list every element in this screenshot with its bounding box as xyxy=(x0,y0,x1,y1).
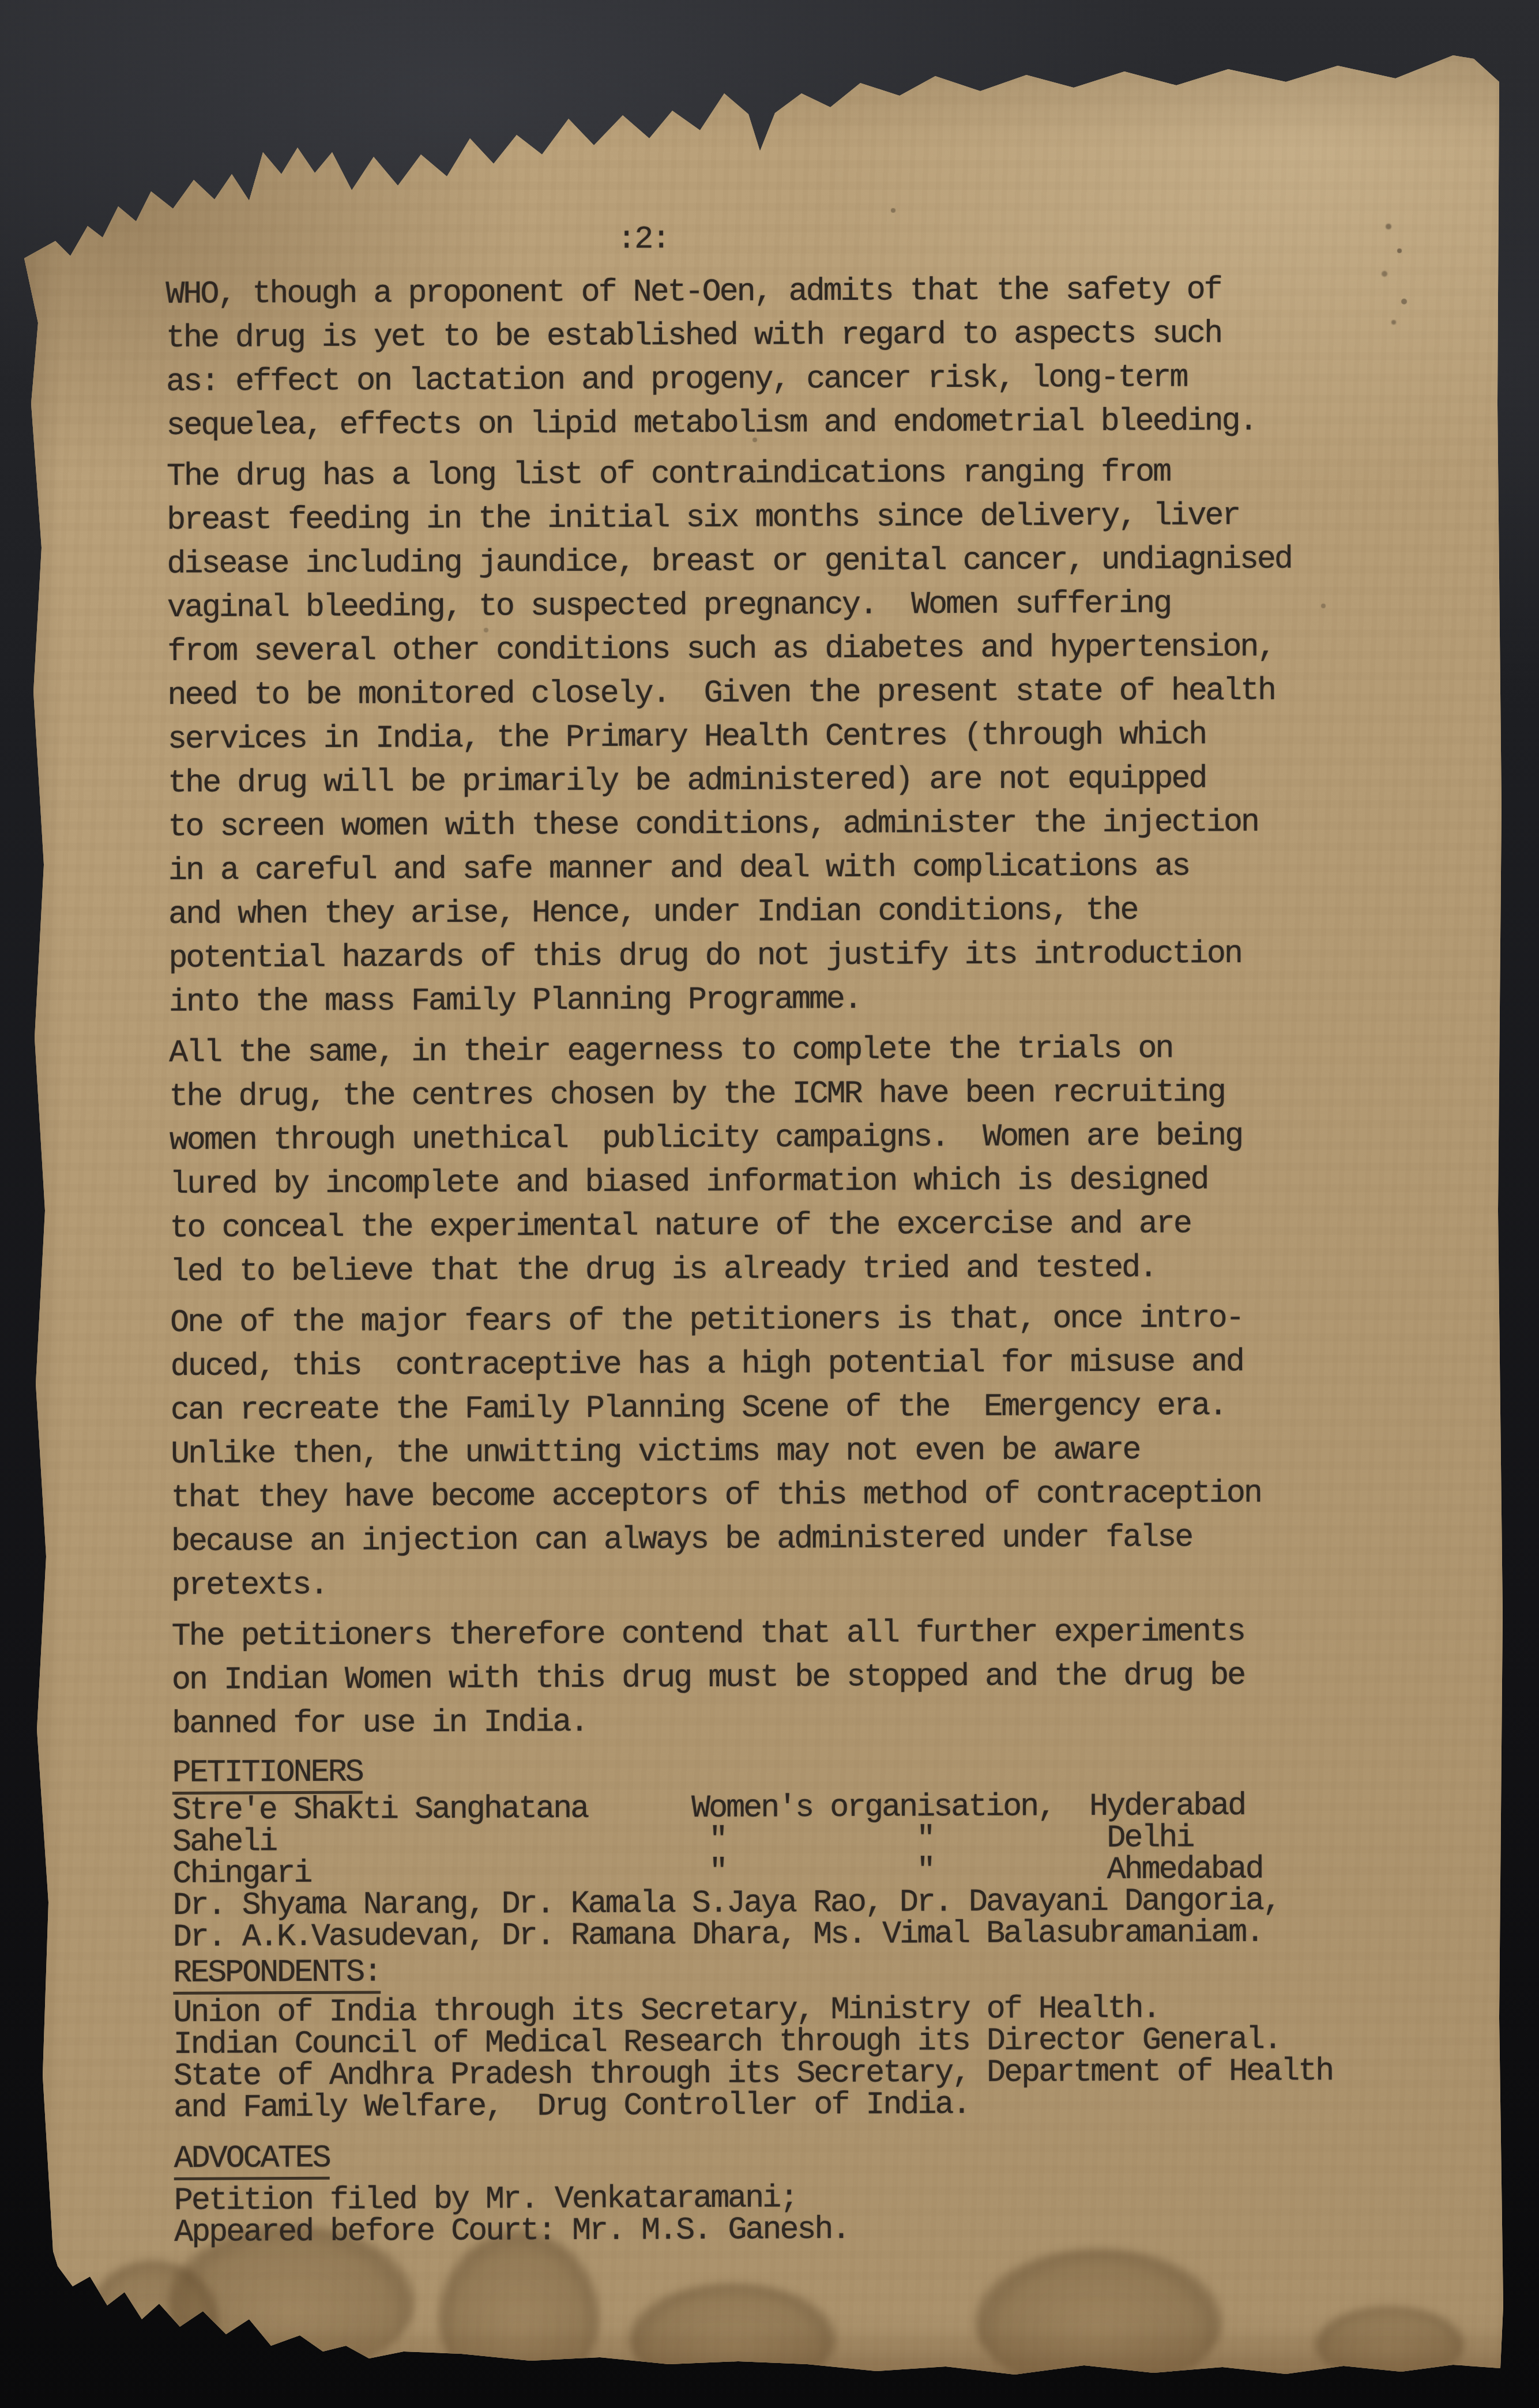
ink-speckles xyxy=(0,0,3,3)
paragraph-unethical-recruiting: All the same, in their eagerness to comp… xyxy=(169,1026,1473,1294)
petitioner-individuals-line: Dr. A.K.Vasudevan, Dr. Ramana Dhara, Ms.… xyxy=(173,1916,1476,1953)
water-stain xyxy=(438,2231,600,2398)
page-number: :2: xyxy=(165,216,1469,261)
advocates-section: ADVOCATES xyxy=(174,2135,1477,2180)
paragraph-misuse-fears: One of the major fears of the petitioner… xyxy=(170,1295,1474,1608)
respondents-heading: RESPONDENTS: xyxy=(173,1954,381,1995)
scorched-bottom-edge xyxy=(0,2323,1539,2408)
petitioners-heading: PETITIONERS xyxy=(172,1755,363,1795)
scan-background: :2: WHO, though a proponent of Net-Oen, … xyxy=(0,0,1539,2408)
water-stain xyxy=(86,2260,219,2375)
typewritten-text: :2: WHO, though a proponent of Net-Oen, … xyxy=(164,0,1477,2248)
petitioners-section: PETITIONERS xyxy=(172,1750,1476,1795)
paragraph-contraindications: The drug has a long list of contraindica… xyxy=(167,449,1472,1024)
advocates-heading: ADVOCATES xyxy=(174,2141,329,2180)
respondent-line: and Family Welfare, Drug Controller of I… xyxy=(174,2086,1477,2124)
paragraph-who-safety: WHO, though a proponent of Net-Oen, admi… xyxy=(165,267,1469,448)
respondents-section: RESPONDENTS: xyxy=(173,1950,1476,1995)
document-page: :2: WHO, though a proponent of Net-Oen, … xyxy=(0,0,1539,2408)
paragraph-contention: The petitioners therefore contend that a… xyxy=(171,1609,1475,1746)
advocate-line: Appeared before Court: Mr. M.S. Ganesh. xyxy=(174,2211,1477,2248)
